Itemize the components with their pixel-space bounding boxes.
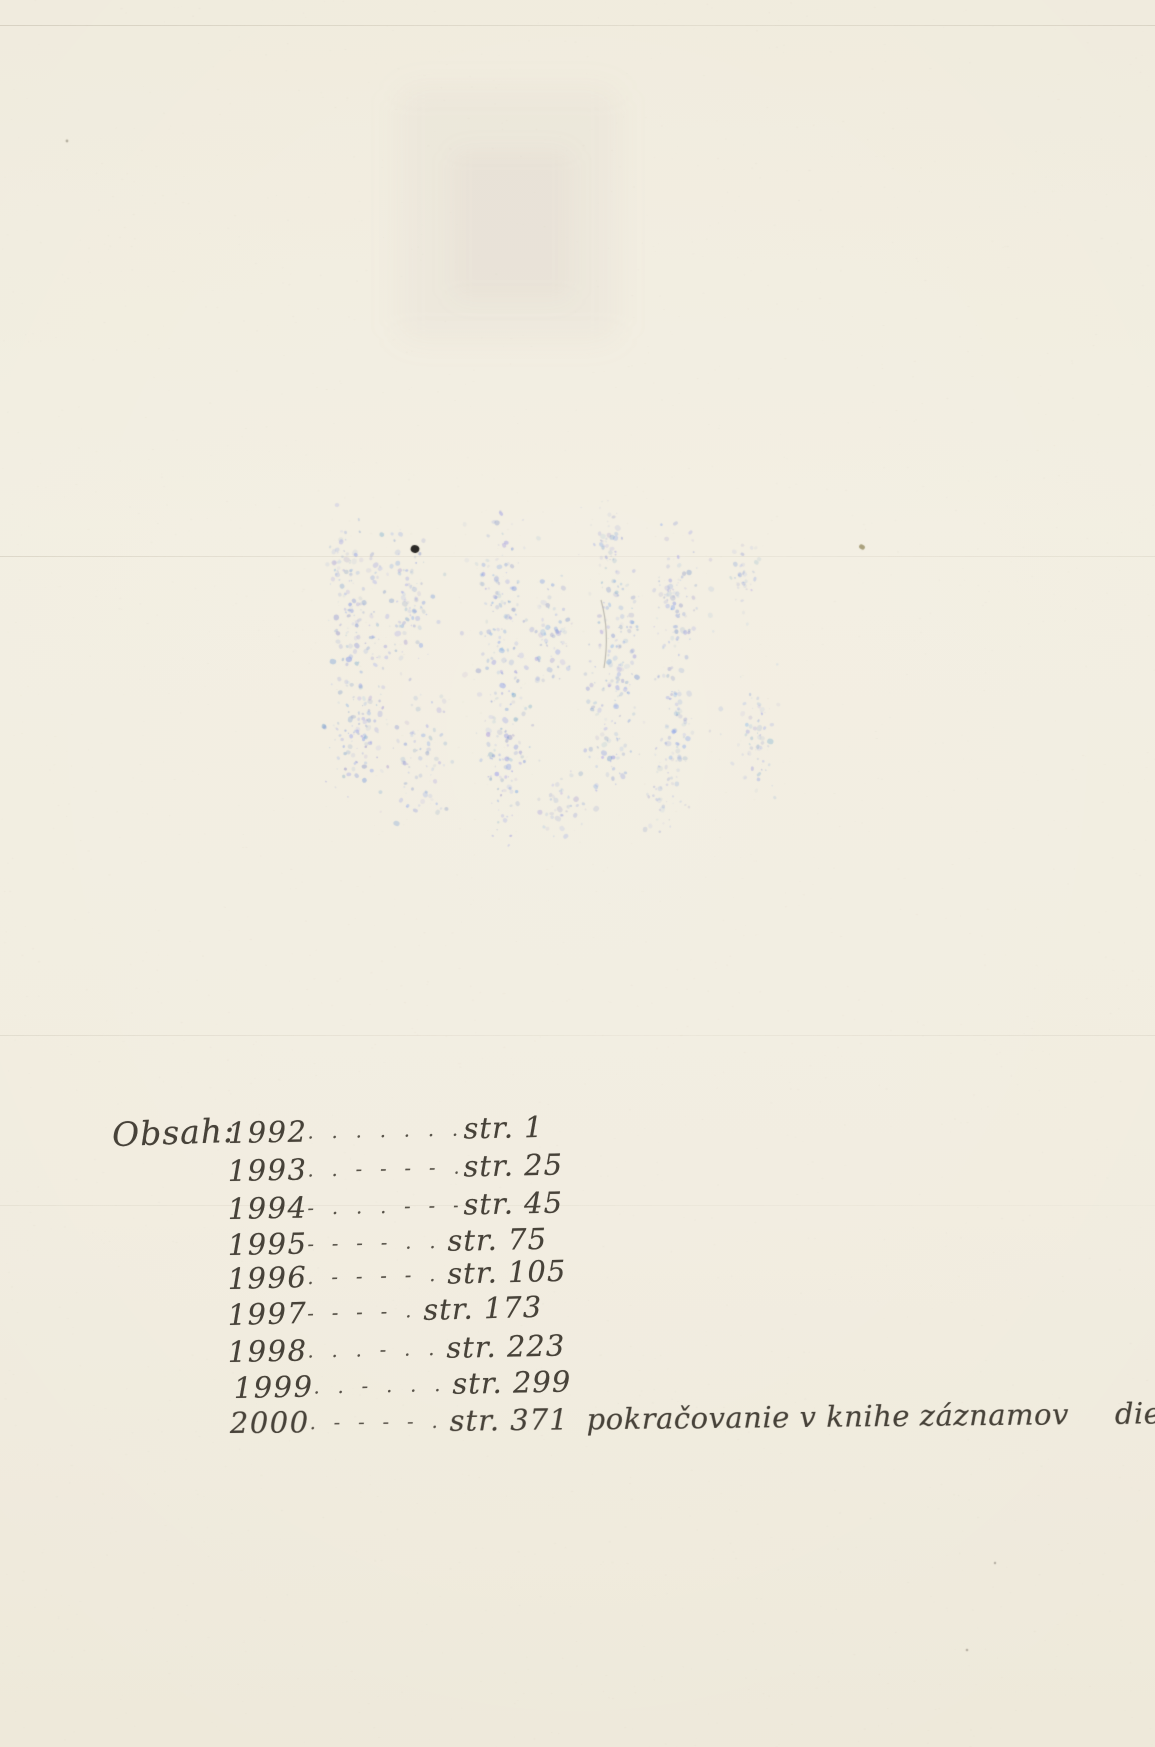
toc-heading: Obsah:	[111, 1111, 235, 1154]
leader-dots: . . . . . . . . .	[307, 1119, 457, 1144]
entry-year: 1997	[227, 1296, 308, 1332]
entry-page: str. 25	[463, 1148, 563, 1184]
entry-page: str. 75	[447, 1222, 547, 1258]
entry-note: pokračovanie v knihe záznamov	[586, 1397, 1069, 1436]
entry-page: str. 105	[447, 1254, 567, 1291]
entry-year: 1996	[227, 1260, 308, 1296]
toc-entry-1998: 1998 . . . - . . str. 223	[227, 1329, 565, 1369]
entry-page: str. 173	[423, 1290, 543, 1327]
entry-year: 1992	[227, 1114, 307, 1150]
entry-year: 1995	[227, 1226, 307, 1262]
paper-crease	[0, 1205, 1155, 1206]
paper-crease	[0, 25, 1155, 26]
scanned-document-page: Obsah: 1992 . . . . . . . . . str. 1 199…	[0, 0, 1155, 1747]
toc-entry-1992: 1992 . . . . . . . . . str. 1	[227, 1110, 544, 1150]
entry-page: str. 299	[452, 1365, 572, 1401]
leader-dots: . . - . . .	[313, 1374, 446, 1399]
toc-entry-1994: 1994 - . . . - - - . str. 45	[227, 1186, 563, 1226]
entry-year: 2000	[230, 1405, 310, 1440]
entry-year: 1998	[227, 1333, 307, 1369]
entry-page: str. 45	[463, 1186, 563, 1222]
leader-dots: . - - - - .	[307, 1264, 441, 1289]
paper-crease	[0, 556, 1155, 557]
entry-year: 1999	[233, 1369, 313, 1405]
entry-year: 1994	[227, 1190, 307, 1226]
leader-dots: . . . - . .	[307, 1338, 440, 1363]
leader-dots: - - - - .	[307, 1300, 417, 1325]
entry-page: str. 371	[449, 1402, 568, 1437]
entry-year: 1993	[227, 1152, 307, 1188]
toc-entry-1993: 1993 . . - - - - . . str. 25	[227, 1148, 563, 1188]
paper-crease	[0, 1035, 1155, 1036]
entry-page: str. 1	[463, 1110, 544, 1146]
ink-bleed-ghost	[452, 150, 572, 300]
toc-entry-1999: 1999 . . - . . . str. 299	[233, 1365, 571, 1405]
toc-entry-1997: 1997 - - - - . str. 173	[227, 1290, 543, 1332]
leader-dots: . . - - - - . .	[307, 1157, 457, 1182]
ink-bleed-ghost	[398, 88, 618, 340]
leader-dots: - - - - . .	[307, 1231, 441, 1256]
scan-artifacts-layer	[0, 0, 1155, 1747]
entry-note-tail: dielov	[1115, 1396, 1155, 1431]
leader-dots: . - - - - .	[310, 1411, 444, 1434]
leader-dots: - . . . - - - .	[307, 1195, 457, 1220]
entry-page: str. 223	[446, 1329, 566, 1365]
